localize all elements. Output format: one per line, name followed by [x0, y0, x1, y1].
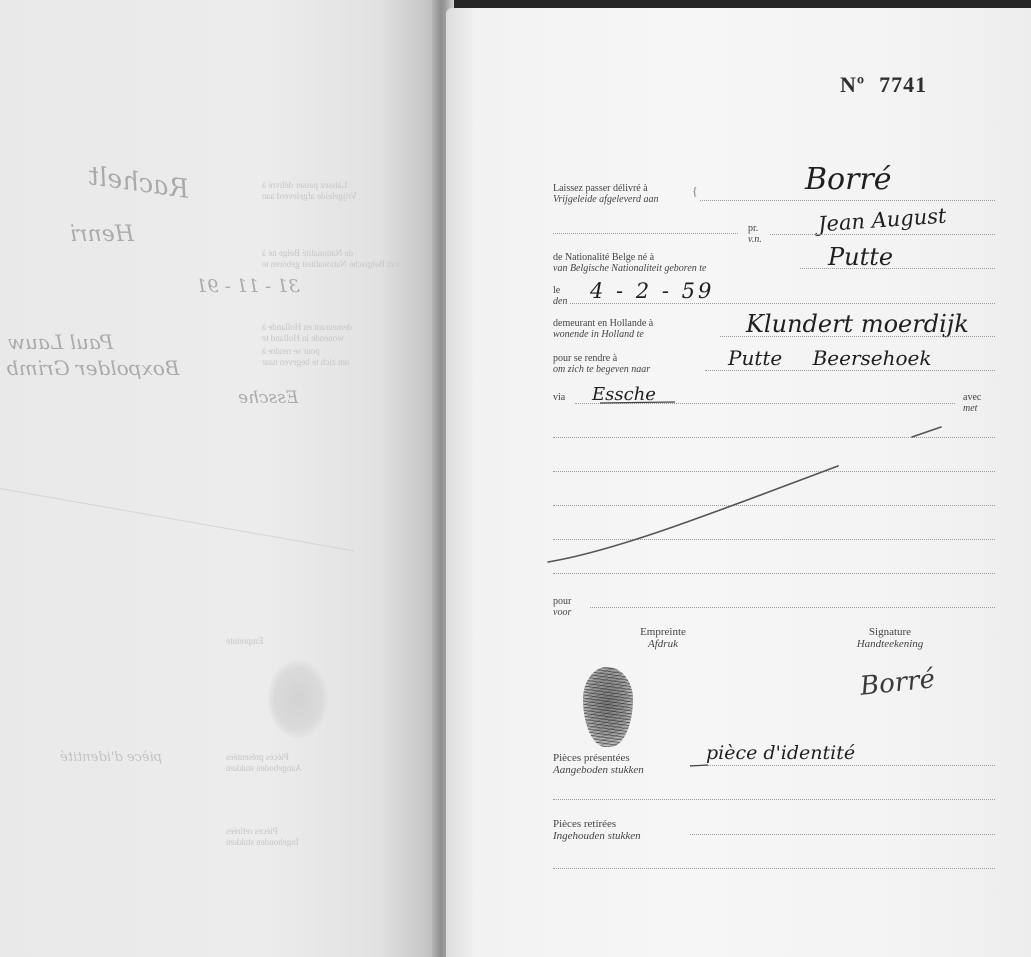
cancellation-strokes — [0, 0, 1031, 957]
